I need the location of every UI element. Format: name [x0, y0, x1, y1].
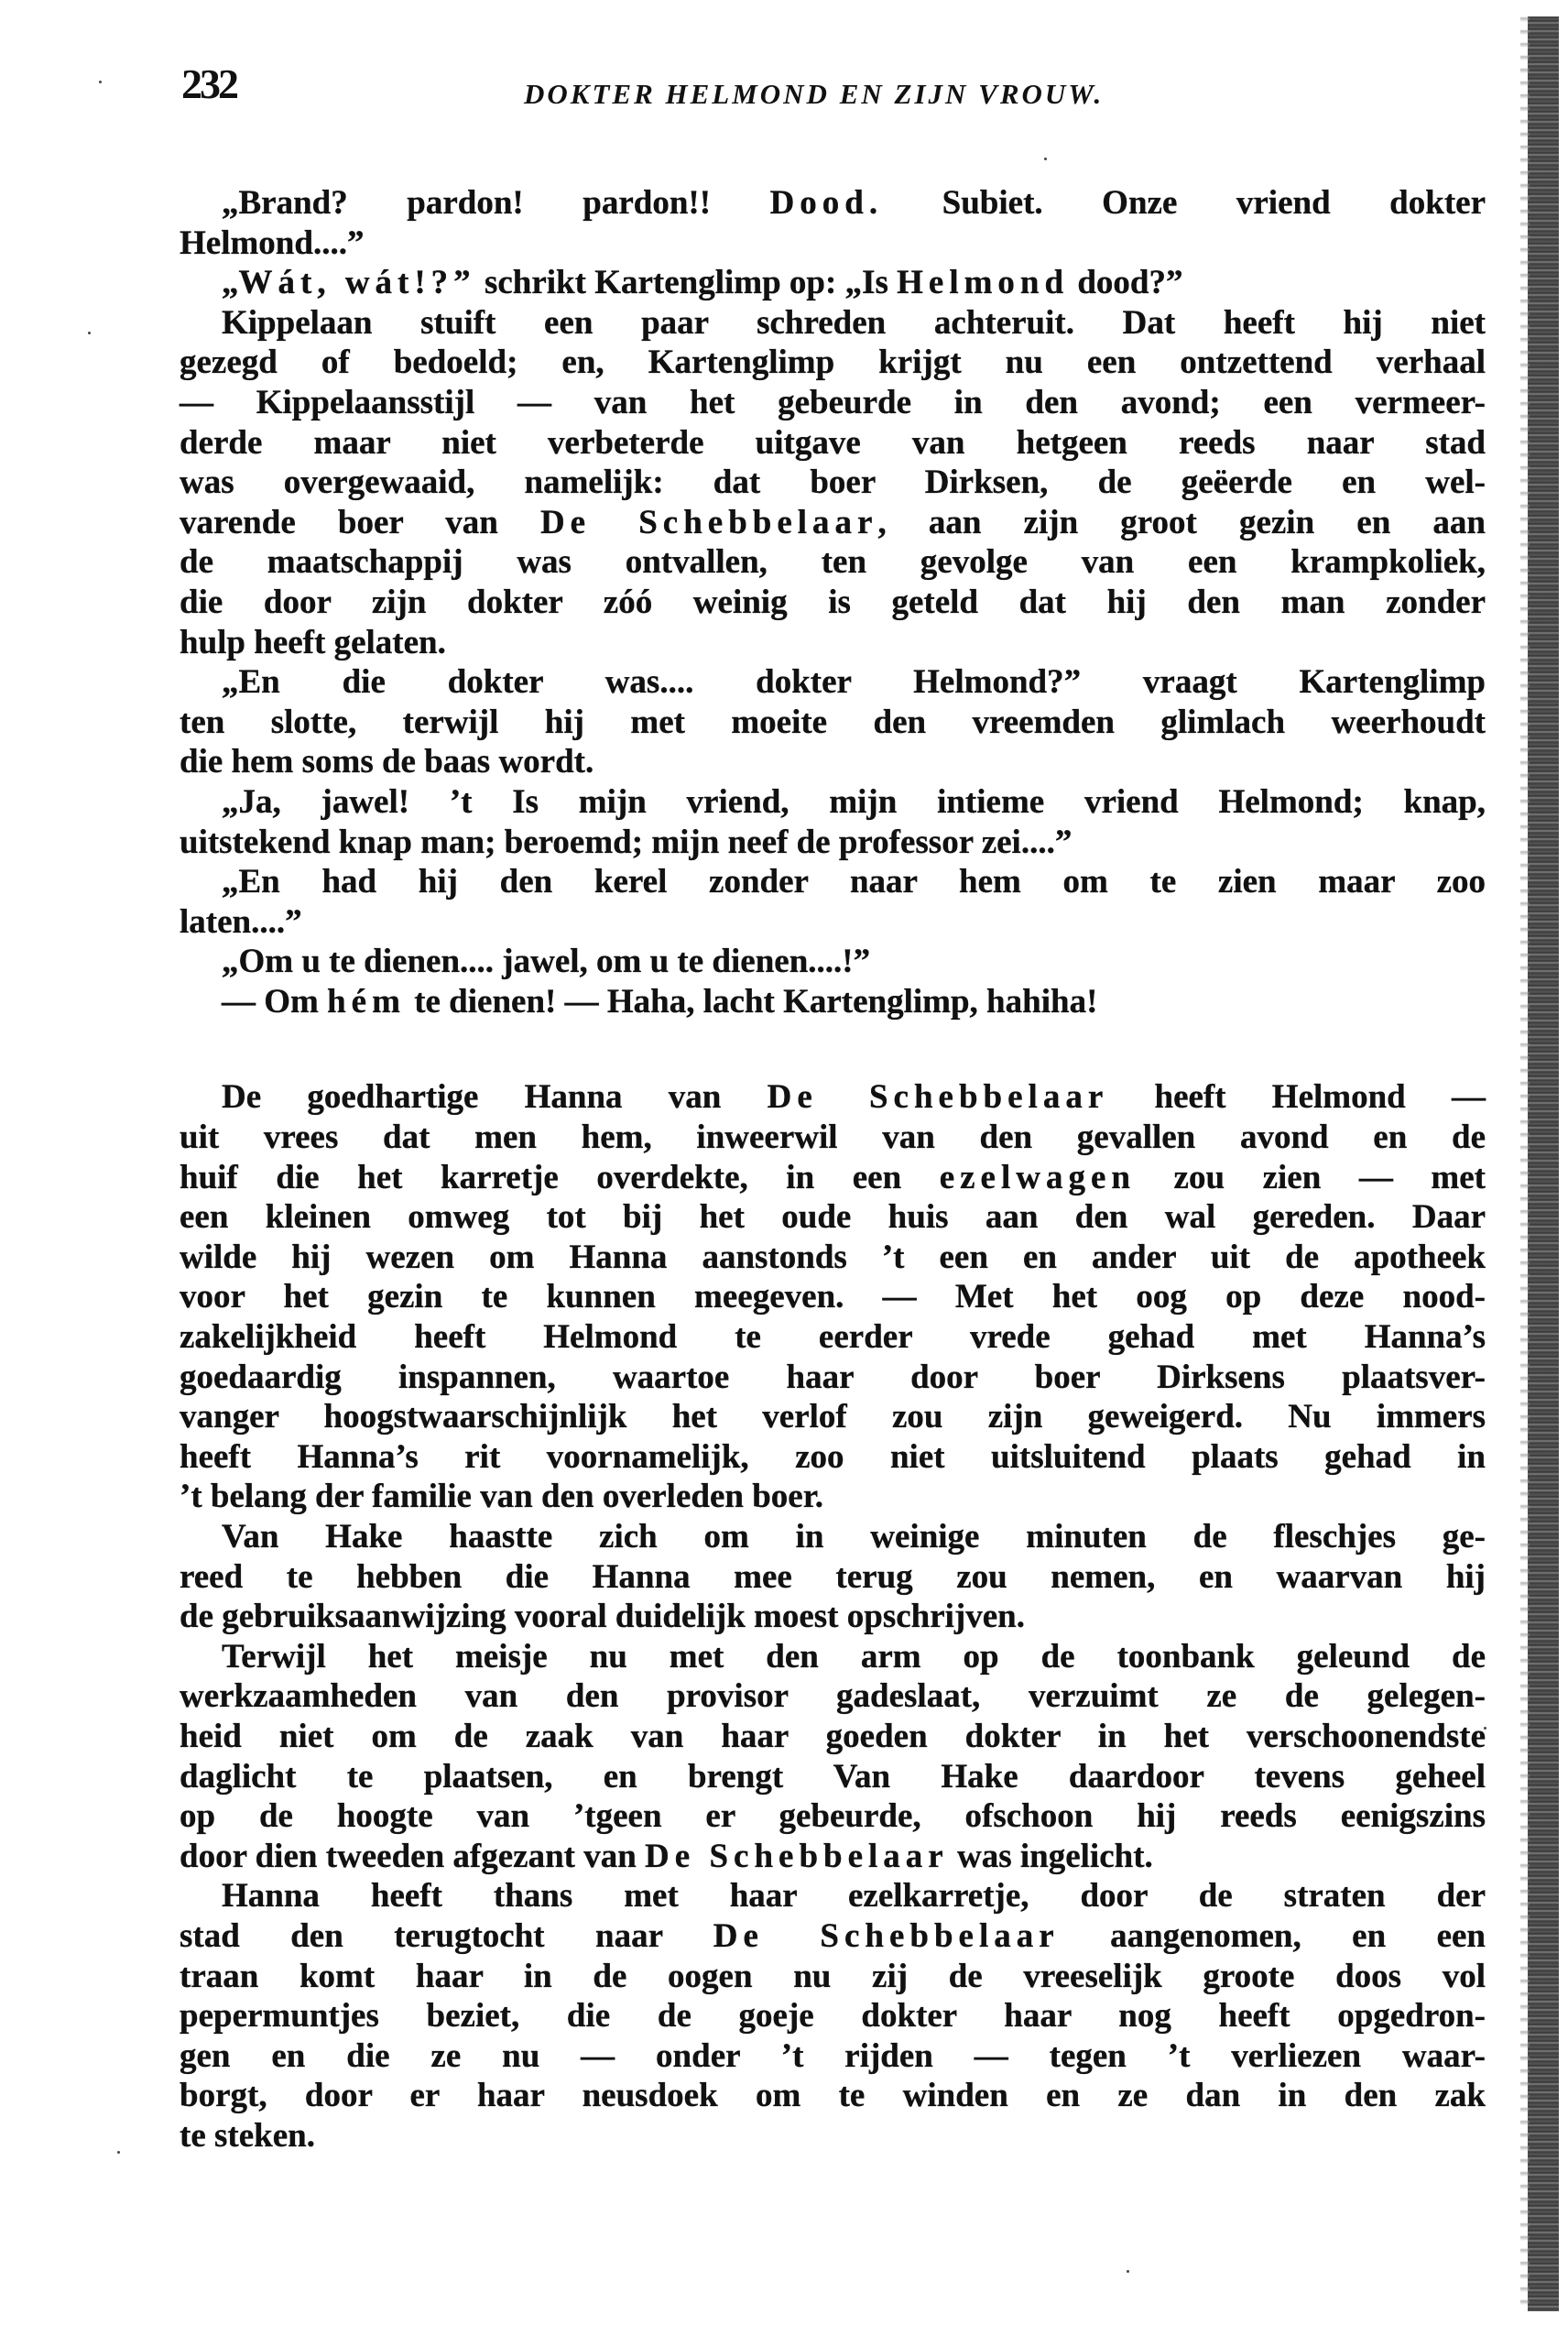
spaced-emphasis: Dood. [770, 184, 884, 222]
text-segment: schrikt Kartenglimp op: „Is [476, 264, 897, 301]
text-line: heeft Hanna’s rit voornamelijk, zoo niet… [180, 1437, 1486, 1478]
text-segment: die hem soms de baas wordt. [180, 743, 593, 780]
text-line: traan komt haar in de oogen nu zij de vr… [180, 1957, 1486, 1997]
text-segment: dood?” [1069, 264, 1182, 301]
text-segment: laten....” [180, 903, 302, 941]
text-line: „Wát, wát!?” schrikt Kartenglimp op: „Is… [180, 263, 1486, 303]
text-line: — Kippelaansstijl — van het gebeurde in … [180, 383, 1486, 423]
text-line: huif die het karretje overdekte, in een … [180, 1158, 1486, 1198]
text-segment: traan komt haar in de oogen nu zij de vr… [180, 1958, 1486, 1995]
text-segment: reed te hebben die Hanna mee terug zou n… [180, 1558, 1486, 1596]
text-line: door dien tweeden afgezant van De Schebb… [180, 1837, 1486, 1877]
text-segment: „Ja, jawel! ’t Is mijn vriend, mijn inti… [222, 783, 1486, 821]
text-segment: ’t belang der familie van den overleden … [180, 1478, 823, 1515]
text-line: De goedhartige Hanna van De Schebbelaar … [180, 1077, 1486, 1118]
text-segment: te steken. [180, 2117, 315, 2155]
text-line: „En die dokter was.... dokter Helmond?” … [180, 662, 1486, 703]
text-segment: „ [222, 264, 239, 301]
text-segment: ten slotte, terwijl hij met moeite den v… [180, 704, 1486, 741]
spaced-emphasis: ezelwagen [940, 1159, 1136, 1196]
text-segment: werkzaamheden van den provisor gadeslaat… [180, 1677, 1486, 1715]
text-line: een kleinen omweg tot bij het oude huis … [180, 1197, 1486, 1238]
print-speck [99, 81, 102, 83]
text-line: Van Hake haastte zich om in weinige minu… [180, 1517, 1486, 1557]
text-segment: Terwijl het meisje nu met den arm op de … [222, 1638, 1486, 1676]
spaced-emphasis: De Schebbelaar [713, 1917, 1060, 1955]
text-line: pepermuntjes beziet, die de goeje dokter… [180, 1996, 1486, 2036]
text-segment: uit vrees dat men hem, inweerwil van den… [180, 1119, 1486, 1156]
spaced-emphasis: Wát, wát!?” [239, 264, 476, 301]
print-speck [88, 332, 91, 334]
text-segment: was overgewaaid, namelijk: dat boer Dirk… [180, 464, 1486, 501]
text-segment: stad den terugtocht naar [180, 1917, 713, 1955]
text-segment: was ingelicht. [949, 1838, 1153, 1875]
text-segment: aangenomen, en een [1060, 1917, 1486, 1955]
text-line: „En had hij den kerel zonder naar hem om… [180, 862, 1486, 902]
text-segment: voor het gezin te kunnen meegeven. — Met… [180, 1278, 1486, 1315]
text-segment: huif die het karretje overdekte, in een [180, 1159, 940, 1196]
text-segment: „Brand? pardon! pardon!! [222, 184, 770, 222]
text-segment: Subiet. Onze vriend dokter [883, 184, 1486, 222]
text-line: de maatschappij was ontvallen, ten gevol… [180, 542, 1486, 583]
text-line: vanger hoogstwaarschijnlijk het verlof z… [180, 1397, 1486, 1437]
text-segment: heeft Hanna’s rit voornamelijk, zoo niet… [180, 1438, 1486, 1476]
text-line: gezegd of bedoeld; en, Kartenglimp krijg… [180, 343, 1486, 383]
text-line: „Om u te dienen.... jawel, om u te diene… [180, 942, 1486, 982]
running-head: DOKTER HELMOND EN ZIJN VROUW. [524, 71, 1104, 117]
text-line: op de hoogte van ’tgeen er gebeurde, ofs… [180, 1796, 1486, 1837]
page-number: 232 [181, 57, 236, 112]
text-segment: „Om u te dienen.... jawel, om u te diene… [222, 943, 870, 980]
text-segment: zou zien — met [1136, 1159, 1486, 1196]
text-line: de gebruiksaanwijzing vooral duidelijk m… [180, 1597, 1486, 1637]
text-line: — Om hém te dienen! — Haha, lacht Karten… [180, 982, 1486, 1022]
text-segment: Hanna heeft thans met haar ezelkarretje,… [222, 1877, 1486, 1915]
text-segment: borgt, door er haar neusdoek om te winde… [180, 2077, 1486, 2114]
text-segment: op de hoogte van ’tgeen er gebeurde, ofs… [180, 1797, 1486, 1835]
text-segment: te dienen! — Haha, lacht Kartenglimp, ha… [406, 983, 1097, 1021]
text-segment: de maatschappij was ontvallen, ten gevol… [180, 543, 1486, 581]
text-line: daglicht te plaatsen, en brengt Van Hake… [180, 1757, 1486, 1797]
text-segment: Kippelaan stuift een paar schreden achte… [222, 304, 1486, 342]
text-segment: uitstekend knap man; beroemd; mijn neef … [180, 824, 1072, 861]
text-segment: — Om [222, 983, 327, 1021]
text-line: goedaardig inspannen, waartoe haar door … [180, 1358, 1486, 1398]
spaced-emphasis: De Schebbelaar [540, 504, 878, 541]
text-segment: — Kippelaansstijl — van het gebeurde in … [180, 384, 1486, 421]
text-line: Terwijl het meisje nu met den arm op de … [180, 1637, 1486, 1677]
text-line: uit vrees dat men hem, inweerwil van den… [180, 1118, 1486, 1158]
text-segment: daglicht te plaatsen, en brengt Van Hake… [180, 1758, 1486, 1796]
text-line: Hanna heeft thans met haar ezelkarretje,… [180, 1876, 1486, 1916]
text-line: hulp heeft gelaten. [180, 623, 1486, 663]
text-segment: zakelijkheid heeft Helmond te eerder vre… [180, 1318, 1486, 1356]
text-segment: de gebruiksaanwijzing vooral duidelijk m… [180, 1598, 1025, 1635]
text-segment: die door zijn dokter zóó weinig is getel… [180, 584, 1486, 621]
text-segment: „En had hij den kerel zonder naar hem om… [222, 863, 1486, 901]
spaced-emphasis: hém [327, 983, 406, 1021]
text-line: stad den terugtocht naar De Schebbelaar … [180, 1916, 1486, 1957]
body-text: „Brand? pardon! pardon!! Dood. Subiet. O… [180, 183, 1486, 2156]
text-line: uitstekend knap man; beroemd; mijn neef … [180, 823, 1486, 863]
text-line: Helmond....” [180, 224, 1486, 264]
print-speck [1484, 1727, 1486, 1730]
text-segment: heid niet om de zaak van haar goeden dok… [180, 1718, 1486, 1755]
text-segment: een kleinen omweg tot bij het oude huis … [180, 1198, 1486, 1236]
spaced-emphasis: De Schebbelaar [768, 1078, 1109, 1116]
spaced-emphasis: De Schebbelaar [645, 1838, 949, 1875]
text-line: ten slotte, terwijl hij met moeite den v… [180, 703, 1486, 743]
text-line: laten....” [180, 902, 1486, 943]
text-line: Kippelaan stuift een paar schreden achte… [180, 303, 1486, 344]
text-segment: door dien tweeden afgezant van [180, 1838, 645, 1875]
text-line: varende boer van De Schebbelaar, aan zij… [180, 503, 1486, 543]
text-segment: pepermuntjes beziet, die de goeje dokter… [180, 1997, 1486, 2035]
text-line: „Ja, jawel! ’t Is mijn vriend, mijn inti… [180, 782, 1486, 823]
text-line: derde maar niet verbeterde uitgave van h… [180, 423, 1486, 464]
text-segment: heeft Helmond — [1108, 1078, 1486, 1116]
text-segment: gen en die ze nu — onder ’t rijden — teg… [180, 2037, 1486, 2075]
text-segment: vanger hoogstwaarschijnlijk het verlof z… [180, 1398, 1486, 1435]
text-line: was overgewaaid, namelijk: dat boer Dirk… [180, 463, 1486, 503]
text-line: die door zijn dokter zóó weinig is getel… [180, 583, 1486, 623]
text-segment: wilde hij wezen om Hanna aanstonds ’t ee… [180, 1239, 1486, 1276]
text-line: te steken. [180, 2116, 1486, 2156]
text-segment: goedaardig inspannen, waartoe haar door … [180, 1359, 1486, 1396]
text-segment: „En die dokter was.... dokter Helmond?” … [222, 663, 1486, 701]
text-line: „Brand? pardon! pardon!! Dood. Subiet. O… [180, 183, 1486, 224]
print-speck [1044, 158, 1047, 160]
text-segment: Van Hake haastte zich om in weinige minu… [222, 1518, 1486, 1555]
text-line: ’t belang der familie van den overleden … [180, 1477, 1486, 1517]
text-line: wilde hij wezen om Hanna aanstonds ’t ee… [180, 1238, 1486, 1278]
text-segment: gezegd of bedoeld; en, Kartenglimp krijg… [180, 344, 1486, 381]
binding-edge-shadow [1528, 16, 1559, 2311]
text-line: reed te hebben die Hanna mee terug zou n… [180, 1557, 1486, 1598]
text-line: die hem soms de baas wordt. [180, 742, 1486, 782]
spaced-emphasis: Helmond [897, 264, 1069, 301]
text-line: werkzaamheden van den provisor gadeslaat… [180, 1676, 1486, 1717]
text-line: voor het gezin te kunnen meegeven. — Met… [180, 1277, 1486, 1317]
text-line: borgt, door er haar neusdoek om te winde… [180, 2076, 1486, 2116]
text-segment: De goedhartige Hanna van [222, 1078, 768, 1116]
text-segment: Helmond....” [180, 224, 364, 262]
text-line: zakelijkheid heeft Helmond te eerder vre… [180, 1317, 1486, 1358]
text-segment: derde maar niet verbeterde uitgave van h… [180, 424, 1486, 462]
text-line: gen en die ze nu — onder ’t rijden — teg… [180, 2036, 1486, 2077]
text-segment: hulp heeft gelaten. [180, 624, 446, 661]
print-speck [117, 2151, 120, 2154]
print-speck [1127, 2270, 1129, 2273]
text-segment: varende boer van [180, 504, 540, 541]
text-line: heid niet om de zaak van haar goeden dok… [180, 1717, 1486, 1757]
text-segment: , aan zijn groot gezin en aan [877, 504, 1486, 541]
